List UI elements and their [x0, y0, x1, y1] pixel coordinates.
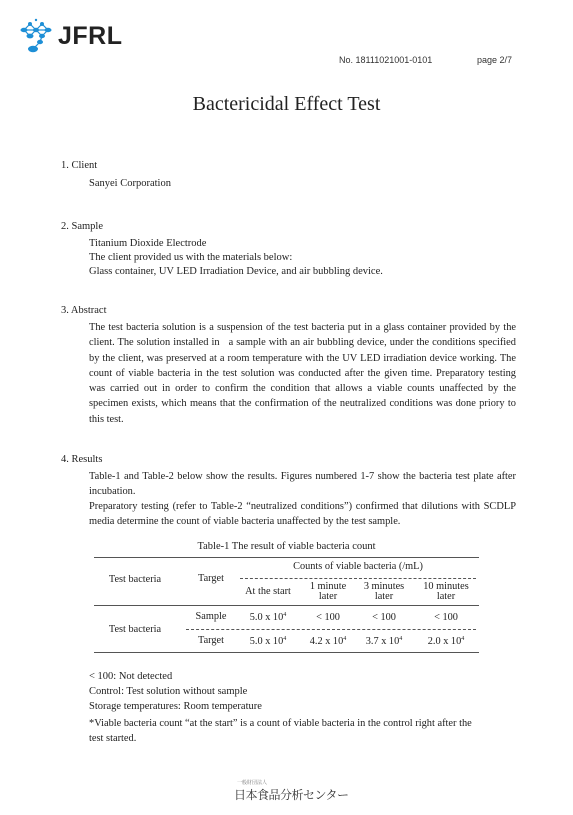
page-title: Bactericidal Effect Test — [0, 93, 573, 116]
header-counts-group: Counts of viable bacteria (/mL) — [238, 562, 478, 572]
table-bottom-rule — [94, 652, 479, 653]
cell-value: < 100 — [434, 612, 458, 623]
header-time-10min: 10 minutes later — [414, 582, 478, 602]
sample-line: Glass container, UV LED Irradiation Devi… — [89, 264, 383, 279]
cell-value: 3.7 x 10 — [366, 636, 399, 647]
header-time-1min-line2: later — [300, 592, 356, 602]
sample-line: Titanium Dioxide Electrode — [89, 236, 206, 251]
table-cell: 4.2 x 104 — [300, 637, 356, 647]
table-cell: 3.7 x 104 — [356, 637, 412, 647]
table-caption: Table-1 The result of viable bacteria co… — [0, 541, 573, 552]
table-cell: 5.0 x 104 — [238, 613, 298, 623]
table-cell: 5.0 x 104 — [238, 637, 298, 647]
cell-value: < 100 — [372, 612, 396, 623]
cell-value: 2.0 x 10 — [428, 636, 461, 647]
footer-org-name: 日本食品分析センター — [234, 786, 349, 803]
client-name: Sanyei Corporation — [89, 176, 171, 191]
header-time-start: At the start — [238, 587, 298, 597]
table-cell: < 100 — [414, 613, 478, 623]
logo-text: JFRL — [58, 22, 123, 51]
molecule-network-icon — [18, 18, 58, 58]
row-target: Target — [186, 636, 236, 646]
section-heading-abstract: 3. Abstract — [61, 305, 107, 316]
note-line: < 100: Not detected — [89, 669, 172, 685]
cell-value: < 100 — [316, 612, 340, 623]
footer-org-type: 一般財団法人 — [237, 779, 267, 786]
table-top-rule — [94, 557, 479, 558]
jfrl-logo: JFRL — [18, 18, 148, 58]
cell-exponent: 4 — [343, 636, 346, 642]
header-time-1min: 1 minute later — [300, 582, 356, 602]
header-time-10min-line2: later — [414, 592, 478, 602]
note-line: Storage temperatures: Room temperature — [89, 699, 262, 715]
cell-value: 5.0 x 10 — [250, 612, 283, 623]
section-heading-client: 1. Client — [61, 160, 97, 171]
cell-value: 5.0 x 10 — [250, 636, 283, 647]
results-paragraph-2: Preparatory testing (refer to Table-2 “n… — [89, 499, 516, 530]
table-cell: < 100 — [300, 613, 356, 623]
cell-exponent: 4 — [461, 636, 464, 642]
cell-exponent: 4 — [283, 612, 286, 618]
cell-exponent: 4 — [399, 636, 402, 642]
row-target: Sample — [186, 612, 236, 622]
note-line: Control: Test solution without sample — [89, 684, 247, 700]
table-cell: < 100 — [356, 613, 412, 623]
section-heading-results: 4. Results — [61, 454, 102, 465]
footnote: *Viable bacteria count “at the start” is… — [89, 716, 479, 747]
page-number: page 2/7 — [477, 55, 512, 65]
abstract-paragraph: The test bacteria solution is a suspensi… — [89, 320, 516, 427]
sample-line: The client provided us with the material… — [89, 250, 292, 265]
results-paragraph-1: Table-1 and Table-2 below show the resul… — [89, 469, 516, 500]
header-target: Target — [186, 574, 236, 584]
section-heading-sample: 2. Sample — [61, 221, 103, 232]
header-dashed-rule — [240, 578, 476, 579]
table-cell: 2.0 x 104 — [414, 637, 478, 647]
row-group-label: Test bacteria — [94, 625, 176, 635]
cell-value: 4.2 x 10 — [310, 636, 343, 647]
header-time-3min-line2: later — [356, 592, 412, 602]
row-dashed-rule — [186, 629, 476, 630]
cell-exponent: 4 — [283, 636, 286, 642]
header-test-bacteria: Test bacteria — [94, 575, 176, 585]
document-number: No. 18111021001-0101 — [339, 55, 432, 65]
header-time-3min: 3 minutes later — [356, 582, 412, 602]
header-bottom-rule — [94, 605, 479, 606]
